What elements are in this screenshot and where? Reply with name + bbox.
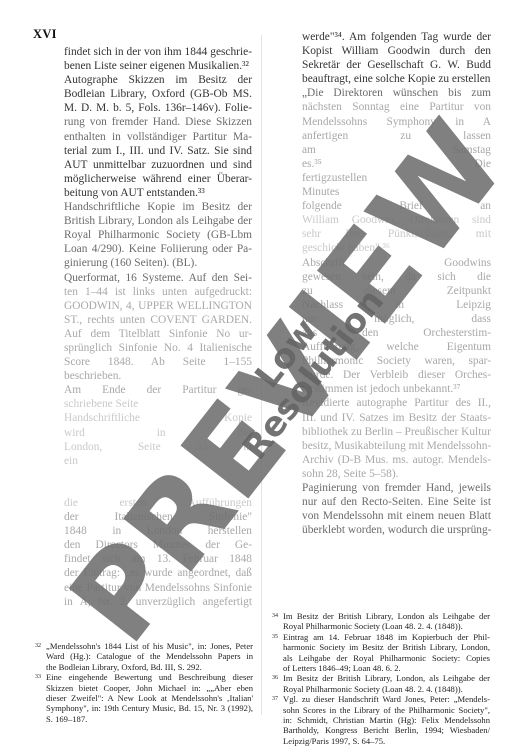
- text-line: Royal Philharmonic Society (GB-Lbm: [64, 228, 252, 242]
- line-text: ein: [64, 455, 78, 467]
- line-text: wird in der: [64, 427, 252, 439]
- line-text: nächsten Sonntag eine Partitur von: [302, 101, 491, 113]
- text-line: der Eintrag: „es wurde angeordnet, daß: [64, 566, 252, 580]
- text-line: [64, 482, 252, 496]
- line-text: der Italienischen Sinfonie": [64, 511, 252, 523]
- line-text: British Library, London als Leihgabe der: [64, 215, 252, 227]
- line-text: „Die Direktoren wünschen bis zum: [302, 87, 491, 99]
- line-text: beitung von AUT entstanden.³³: [64, 187, 205, 199]
- right-text-column: werde"³⁴. Am folgenden Tag wurde derKopi…: [302, 30, 491, 537]
- line-text: Auf dem Titelblatt Sinfonie No ur-: [64, 328, 252, 340]
- line-text: findet sich am 13. Februar 1848: [64, 553, 252, 565]
- text-line: am Samstag: [302, 143, 491, 157]
- line-text: ten 1–44 ist links unten aufgedruckt:: [64, 286, 252, 298]
- text-line: beauftragt, eine solche Kopie zu erstell…: [302, 72, 491, 86]
- footnote-number: 32: [35, 641, 41, 651]
- text-line: GOODWIN, 4, UPPER WELLINGTON: [64, 299, 252, 313]
- text-line: Am Ende der Partitur ge-: [64, 383, 252, 397]
- footnote-line: Eintrag am 14. Februar 1848 im Kopierbuc…: [283, 632, 490, 642]
- text-line: rung von fremder Hand. Diese Skizzen: [64, 115, 252, 129]
- text-line: aus den Orchesterstim-: [302, 326, 491, 340]
- text-line: findet sich in der von ihm 1844 geschrie…: [64, 45, 252, 59]
- line-text: beschrieben.: [64, 370, 121, 382]
- text-line: III. und IV. Satzes im Besitz der Staats…: [302, 411, 491, 425]
- line-text: enthalten in vollständiger Partitur Ma-: [64, 131, 252, 143]
- text-line: Querformat, 16 Systeme. Auf den Sei-: [64, 271, 252, 285]
- text-line: London, Seite 33 in: [64, 440, 252, 454]
- text-line: findet sich am 13. Februar 1848: [64, 552, 252, 566]
- line-text: fertigzustellen: [302, 172, 367, 184]
- line-text: sohn 28, Seite 5–58).: [302, 468, 399, 480]
- text-line: Auf dem Titelblatt Sinfonie No ur-: [64, 327, 252, 341]
- text-line: Mendelssohns Symphony in A: [302, 115, 491, 129]
- line-text: Sekretär der Gesellschaft G. W. Budd: [302, 59, 491, 71]
- footnote: 32„Mendelssohn's 1844 List of his Music"…: [35, 641, 253, 672]
- line-text: geschickt haben".³⁶: [302, 242, 390, 254]
- text-line: werde"³⁴. Am folgenden Tag wurde der: [302, 30, 491, 44]
- line-text: III. und IV. Satzes im Besitz der Staats…: [302, 412, 491, 424]
- line-text: die ersten Aufführungen: [64, 497, 252, 509]
- text-line: enthalten in vollständiger Partitur Ma-: [64, 130, 252, 144]
- line-text: gewesen sein, da sich die: [302, 271, 491, 283]
- line-text: findet sich in der von ihm 1844 geschrie…: [64, 46, 252, 58]
- footnote-line: Eine eingehende Bewertung und Beschreibu…: [46, 672, 253, 682]
- line-text: M. D. M. b. 5, Fols. 136r–146v). Folie-: [64, 102, 252, 114]
- line-text: aus den Orchesterstim-: [302, 327, 491, 339]
- line-text: ginierung (160 Seiten). (BL).: [64, 257, 197, 269]
- footnote-number: 37: [272, 694, 278, 704]
- footnote-line: „Mendelssohn's 1844 List of his Music", …: [46, 641, 253, 651]
- text-line: benen Liste seiner eigenen Musikalien.³²: [64, 59, 252, 73]
- footnote: 33Eine eingehende Bewertung und Beschrei…: [35, 672, 253, 724]
- text-line: terial zum I., III. und IV. Satz. Sie si…: [64, 144, 252, 158]
- text-line: nächsten Sonntag eine Partitur von: [302, 100, 491, 114]
- footnote-line: Bartholdy, Kongress Bericht Berlin, 1994…: [283, 725, 490, 735]
- footnote-line: S. 169–187.: [46, 714, 253, 724]
- line-text: Handschriftliche Kopie: [64, 412, 252, 424]
- footnote-line: dieser Zweifel": A New Look at Mendelsso…: [46, 693, 253, 703]
- line-text: überklebt worden, wodurch die ursprüng-: [302, 524, 491, 536]
- line-text: werde"³⁴. Am folgenden Tag wurde der: [302, 31, 491, 43]
- text-line: Nachlass in Leipzig: [302, 298, 491, 312]
- footnote: 36Im Besitz der British Library, London,…: [272, 673, 490, 694]
- text-line: terstimmen ist jedoch unbekannt.³⁷: [302, 382, 491, 396]
- line-text: 1848 in London herstellen: [64, 525, 252, 537]
- line-text: Bodleian Library, Oxford (GB-Ob MS.: [64, 88, 252, 100]
- footnote: 35Eintrag am 14. Februar 1848 im Kopierb…: [272, 632, 490, 674]
- line-text: von Mendelssohn mit einem neuen Blatt: [302, 510, 491, 522]
- line-text: Revidierte autographe Partitur des II.,: [302, 397, 491, 409]
- line-text: terial zum I., III. und IV. Satz. Sie si…: [64, 145, 252, 157]
- text-line: Minutes: [302, 185, 491, 199]
- footnote-line: Vgl. zu dieser Handschrift Ward Jones, P…: [283, 694, 490, 704]
- line-text: möglicherweise während einer Überar-: [64, 173, 252, 185]
- text-line: besitz, Musikabteilung mit Mendelssohn-: [302, 439, 491, 453]
- text-line: möglicherweise während einer Überar-: [64, 172, 252, 186]
- text-line: die ersten Aufführungen: [64, 496, 252, 510]
- footnote-line: in: Schmidt, Christian Martin (Hg): Feli…: [283, 715, 490, 725]
- text-line: schriebene Seite: [64, 397, 252, 411]
- line-text: Am Ende der Partitur ge-: [64, 384, 252, 396]
- footnote-line: als Leihgabe der Royal Philharmonic Soci…: [283, 653, 490, 663]
- line-text: Philharmonic Society waren, spar-: [302, 355, 491, 367]
- text-line: sprünglich Sinfonie No. 4 Italienische: [64, 341, 252, 355]
- line-text: Nachlass in Leipzig: [302, 299, 491, 311]
- line-text: Score 1848. Ab Seite 1–155: [64, 356, 252, 368]
- text-line: ST., rechts unten COVENT GARDEN.: [64, 313, 252, 327]
- text-line: 4.Revidierte autographe Partitur des II.…: [302, 396, 491, 410]
- footnote-line: Im Besitz der British Library, London al…: [283, 611, 490, 621]
- text-line: AUT unmittelbar zuzuordnen und sind: [64, 158, 252, 172]
- text-line: anfertigen zu lassen: [302, 129, 491, 143]
- document-page: XVI findet sich in der von ihm 1844 gesc…: [0, 0, 530, 750]
- line-text: GOODWIN, 4, UPPER WELLINGTON: [64, 300, 252, 312]
- line-text: am Samstag: [302, 144, 491, 156]
- text-line: „Die Direktoren wünschen bis zum: [302, 86, 491, 100]
- line-text: anfertigen zu lassen: [302, 130, 491, 142]
- line-text: Aufführung, welche Eigentum: [302, 341, 491, 353]
- line-text: Autographe Skizzen im Besitz der: [64, 74, 252, 86]
- line-text: sehr Ihre Pünktlichkeit, mit: [302, 228, 491, 240]
- line-text: bibliothek zu Berlin – Preußischer Kultu…: [302, 426, 491, 438]
- line-text: besitz, Musikabteilung mit Mendelssohn-: [302, 440, 491, 452]
- text-line: 1848 in London herstellen: [64, 524, 252, 538]
- text-line: Philharmonic Society waren, spar-: [302, 354, 491, 368]
- line-text: Abschrift Goodwins: [302, 257, 491, 269]
- footnotes-left: 32„Mendelssohn's 1844 List of his Music"…: [35, 641, 253, 724]
- line-text: London, Seite 33 in: [64, 441, 252, 453]
- text-line: British Library, London als Leihgabe der: [64, 214, 252, 228]
- line-text: rung von fremder Hand. Diese Skizzen: [64, 116, 252, 128]
- text-line: gewesen sein, da sich die: [302, 270, 491, 284]
- footnote-number: 35: [272, 632, 278, 642]
- text-line: zu diesem Zeitpunkt: [302, 284, 491, 298]
- text-line: ginierung (160 Seiten). (BL).: [64, 256, 252, 270]
- text-line: der Italienischen Sinfonie": [64, 510, 252, 524]
- line-text: eine Partitur von Mendelssohns Sinfonie: [64, 582, 252, 594]
- text-line: fertigzustellen: [302, 171, 491, 185]
- footnote-line: of Letters 1846–49; Loan 48. 6. 2.: [283, 663, 490, 673]
- text-line: 2.Autographe Skizzen im Besitz der: [64, 73, 252, 87]
- line-text: Royal Philharmonic Society (GB-Lbm: [64, 229, 252, 241]
- left-text-column: findet sich in der von ihm 1844 geschrie…: [64, 45, 252, 609]
- text-line: Kopist William Goodwin durch den: [302, 44, 491, 58]
- text-line: William Goodwin, Direktoren sind: [302, 213, 491, 227]
- line-text: Handschriftliche Kopie im Besitz der: [64, 201, 252, 213]
- footnote-line: the Bodleian Library, Oxford, Bd. III, S…: [46, 662, 253, 672]
- line-text: schriebene Seite: [64, 398, 138, 410]
- text-line: es.³⁵ Die: [302, 157, 491, 171]
- text-line: wird in der: [64, 426, 252, 440]
- text-line: von Mendelssohn mit einem neuen Blatt: [302, 509, 491, 523]
- footnote-line: Skizzen bietet Cooper, John Michael in: …: [46, 683, 253, 693]
- text-line: in A, Nr. 2, unverzüglich angefertigt: [64, 595, 252, 609]
- footnote: 34Im Besitz der British Library, London …: [272, 611, 490, 632]
- text-line: beitung von AUT entstanden.³³: [64, 186, 252, 200]
- footnotes-right: 34Im Besitz der British Library, London …: [272, 611, 490, 746]
- text-line: Sekretär der Gesellschaft G. W. Budd: [302, 58, 491, 72]
- text-line: Score 1848. Ab Seite 1–155: [64, 355, 252, 369]
- text-line: nur auf den Recto-Seiten. Eine Seite ist: [302, 495, 491, 509]
- line-text: Archiv (D-B Mus. ms. autogr. Mendels-: [302, 454, 491, 466]
- line-text: Paginierung von fremder Hand, jeweils: [302, 482, 491, 494]
- line-text: den Directors Minutes der Ge-: [64, 539, 252, 551]
- line-text: ST., rechts unten COVENT GARDEN.: [64, 314, 252, 326]
- line-text: es.³⁵ Die: [302, 158, 491, 170]
- text-line: bibliothek zu Berlin – Preußischer Kultu…: [302, 425, 491, 439]
- footnote-line: Leipzig/Paris 1997, S. 64–75.: [283, 736, 490, 746]
- line-text: der Eintrag: „es wurde angeordnet, daß: [64, 567, 252, 579]
- line-text: Mendelssohns Symphony in A: [302, 116, 491, 128]
- text-line: beschrieben.: [64, 369, 252, 383]
- line-text: zu diesem Zeitpunkt: [302, 285, 491, 297]
- line-text: Kopist William Goodwin durch den: [302, 45, 491, 57]
- text-line: Archiv (D-B Mus. ms. autogr. Mendels-: [302, 453, 491, 467]
- line-text: in A, Nr. 2, unverzüglich angefertigt: [64, 596, 252, 608]
- line-text: terstimmen ist jedoch unbekannt.³⁷: [302, 383, 461, 395]
- text-line: überklebt worden, wodurch die ursprüng-: [302, 523, 491, 537]
- text-line: den Directors Minutes der Ge-: [64, 538, 252, 552]
- text-line: Paginierung von fremder Hand, jeweils: [302, 481, 491, 495]
- line-text: sprünglich Sinfonie No. 4 Italienische: [64, 342, 252, 354]
- line-text: William Goodwin, Direktoren sind: [302, 214, 491, 226]
- footnote: 37Vgl. zu dieser Handschrift Ward Jones,…: [272, 694, 490, 746]
- footnote-line: harmonic Society im Besitz der British L…: [283, 642, 490, 652]
- text-line: folgende Brief an: [302, 199, 491, 213]
- footnote-line: Im Besitz der British Library, London, a…: [283, 673, 490, 683]
- line-text: benen Liste seiner eigenen Musikalien.³²: [64, 60, 249, 72]
- line-text: wurde. Der Verbleib dieser Orches-: [302, 369, 491, 381]
- text-line: ten 1–44 ist links unten aufgedruckt:: [64, 285, 252, 299]
- text-line: 3.Handschriftliche Kopie im Besitz der: [64, 200, 252, 214]
- line-text: AUT unmittelbar zuzuordnen und sind: [64, 159, 252, 171]
- line-text: folgende Brief an: [302, 200, 491, 212]
- text-line: sehr Ihre Pünktlichkeit, mit: [302, 227, 491, 241]
- footnote-line: Royal Philharmonic Society (Loan 48. 2. …: [283, 684, 490, 694]
- text-line: geschickt haben".³⁶: [302, 241, 491, 255]
- footnote-number: 34: [272, 611, 278, 621]
- footnote-line: Royal Philharmonic Society (Loan 48. 2. …: [283, 621, 490, 631]
- text-line: ein: [64, 454, 252, 468]
- text-line: Aufführung, welche Eigentum: [302, 340, 491, 354]
- page-number: XVI: [33, 27, 57, 42]
- text-line: Handschriftliche Kopie: [64, 411, 252, 425]
- text-line: [64, 468, 252, 482]
- line-text: Loan 4/290). Keine Foliierung oder Pa-: [64, 243, 252, 255]
- footnote-line: Symphony", in: 19th Century Music, Bd. 1…: [46, 703, 253, 713]
- footnote-number: 36: [272, 673, 278, 683]
- text-line: wurde. Der Verbleib dieser Orches-: [302, 368, 491, 382]
- text-line: sohn 28, Seite 5–58).: [302, 467, 491, 481]
- column-divider: [261, 35, 262, 715]
- text-line: eine Partitur von Mendelssohns Sinfonie: [64, 581, 252, 595]
- text-line: M. D. M. b. 5, Fols. 136r–146v). Folie-: [64, 101, 252, 115]
- line-text: nur möglich, dass: [302, 313, 491, 325]
- text-line: Bodleian Library, Oxford (GB-Ob MS.: [64, 87, 252, 101]
- text-line: Abschrift Goodwins: [302, 256, 491, 270]
- text-line: nur möglich, dass: [302, 312, 491, 326]
- footnote-line: Ward (Hg.): Catalogue of the Mendelssohn…: [46, 651, 253, 661]
- text-line: Loan 4/290). Keine Foliierung oder Pa-: [64, 242, 252, 256]
- footnote-number: 33: [35, 672, 41, 682]
- line-text: Minutes: [302, 186, 339, 198]
- line-text: Querformat, 16 Systeme. Auf den Sei-: [64, 272, 252, 284]
- footnote-line: sohn Scores in the Library of the Philha…: [283, 705, 490, 715]
- line-text: nur auf den Recto-Seiten. Eine Seite ist: [302, 496, 491, 508]
- line-text: beauftragt, eine solche Kopie zu erstell…: [302, 73, 491, 85]
